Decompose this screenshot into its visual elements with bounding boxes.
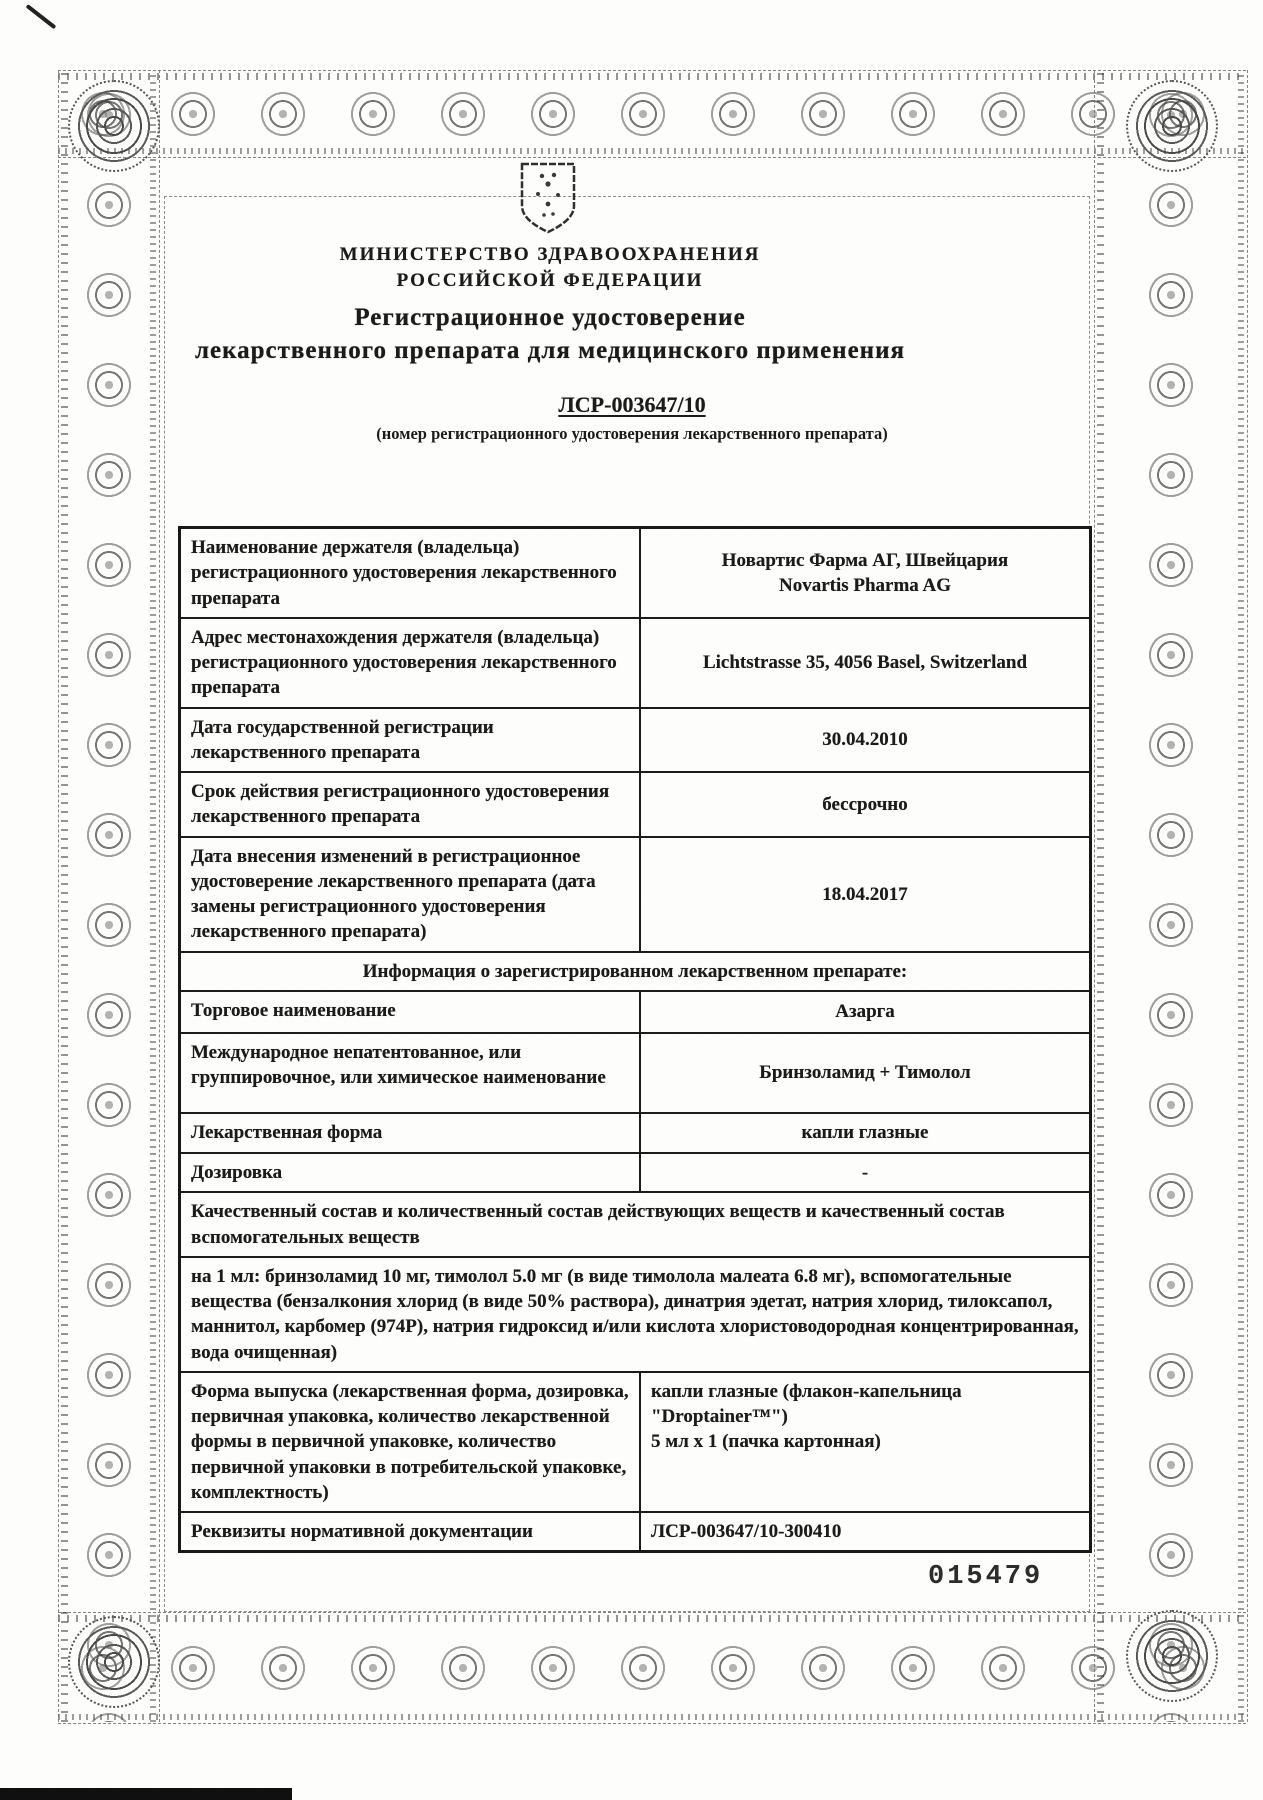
ministry-line-2: РОССИЙСКОЙ ФЕДЕРАЦИИ xyxy=(160,268,940,294)
row-value: бессрочно xyxy=(641,773,1089,836)
composition-text: на 1 мл: бринзоламид 10 мг, тимолол 5.0 … xyxy=(181,1258,1089,1371)
table-row: Торговое наименование Азарга xyxy=(181,992,1089,1034)
table-section-row: Информация о зарегистрированном лекарств… xyxy=(181,953,1089,992)
row-label: Дата внесения изменений в регистрационно… xyxy=(181,838,641,951)
registration-number-caption: (номер регистрационного удостоверения ле… xyxy=(178,424,1086,444)
row-value: Lichtstrasse 35, 4056 Basel, Switzerland xyxy=(641,619,1089,707)
table-row: Адрес местонахождения держателя (владель… xyxy=(181,619,1089,709)
table-row: Лекарственная форма капли глазные xyxy=(181,1114,1089,1154)
table-row: Международное непатентованное, или групп… xyxy=(181,1034,1089,1114)
row-label: Лекарственная форма xyxy=(181,1114,641,1152)
row-value: 18.04.2017 xyxy=(641,838,1089,951)
row-value: Бринзоламид + Тимолол xyxy=(641,1034,1089,1112)
row-label: Адрес местонахождения держателя (владель… xyxy=(181,619,641,707)
serial-number: 015479 xyxy=(928,1562,1043,1592)
corner-rosette-icon xyxy=(68,1616,160,1708)
row-label: Срок действия регистрационного удостовер… xyxy=(181,773,641,836)
row-value: капли глазные xyxy=(641,1114,1089,1152)
row-label: Реквизиты нормативной документации xyxy=(181,1513,641,1550)
row-value: Новартис Фарма АГ, Швейцария Novartis Ph… xyxy=(641,529,1089,617)
corner-rosette-icon xyxy=(68,80,160,172)
corner-rosette-icon xyxy=(1126,1610,1218,1702)
table-row: Дата внесения изменений в регистрационно… xyxy=(181,838,1089,953)
document-title-line-2: лекарственного препарата для медицинског… xyxy=(130,335,970,368)
border-ornament-right xyxy=(1094,70,1248,1722)
border-ornament-top xyxy=(58,70,1246,158)
table-row: Дозировка - xyxy=(181,1154,1089,1193)
section-heading: Информация о зарегистрированном лекарств… xyxy=(181,953,1089,990)
row-label: Международное непатентованное, или групп… xyxy=(181,1034,641,1112)
document-title-line-1: Регистрационное удостоверение xyxy=(130,302,970,335)
section-heading: Качественный состав и количественный сос… xyxy=(181,1193,1089,1256)
document-title: Регистрационное удостоверение лекарствен… xyxy=(130,302,970,367)
row-label: Форма выпуска (лекарственная форма, дози… xyxy=(181,1373,641,1511)
table-section-row: на 1 мл: бринзоламид 10 мг, тимолол 5.0 … xyxy=(181,1258,1089,1373)
registration-number: ЛСР-003647/10 xyxy=(178,392,1086,418)
table-row: Форма выпуска (лекарственная форма, дози… xyxy=(181,1373,1089,1513)
table-row: Наименование держателя (владельца) регис… xyxy=(181,529,1089,619)
row-value: 30.04.2010 xyxy=(641,709,1089,772)
corner-rosette-icon xyxy=(1126,80,1218,172)
row-label: Торговое наименование xyxy=(181,992,641,1032)
table-section-row: Качественный состав и количественный сос… xyxy=(181,1193,1089,1258)
border-ornament-bottom xyxy=(58,1612,1246,1724)
row-label: Дата государственной регистрации лекарст… xyxy=(181,709,641,772)
scan-artifact-bar xyxy=(0,1788,292,1800)
ministry-line-1: МИНИСТЕРСТВО ЗДРАВООХРАНЕНИЯ xyxy=(160,242,940,268)
row-value: ЛСР-003647/10-300410 xyxy=(641,1513,1089,1550)
coat-of-arms-icon xyxy=(518,162,578,236)
registration-table: Наименование держателя (владельца) регис… xyxy=(178,526,1092,1553)
row-value: - xyxy=(641,1154,1089,1191)
table-row: Дата государственной регистрации лекарст… xyxy=(181,709,1089,774)
row-value: Азарга xyxy=(641,992,1089,1032)
ministry-name: МИНИСТЕРСТВО ЗДРАВООХРАНЕНИЯ РОССИЙСКОЙ … xyxy=(160,242,940,293)
table-row: Срок действия регистрационного удостовер… xyxy=(181,773,1089,838)
table-row: Реквизиты нормативной документации ЛСР-0… xyxy=(181,1513,1089,1550)
row-value: капли глазные (флакон-капельница "Dropta… xyxy=(641,1373,1089,1511)
pen-mark xyxy=(26,4,57,29)
row-label: Наименование держателя (владельца) регис… xyxy=(181,529,641,617)
row-label: Дозировка xyxy=(181,1154,641,1191)
